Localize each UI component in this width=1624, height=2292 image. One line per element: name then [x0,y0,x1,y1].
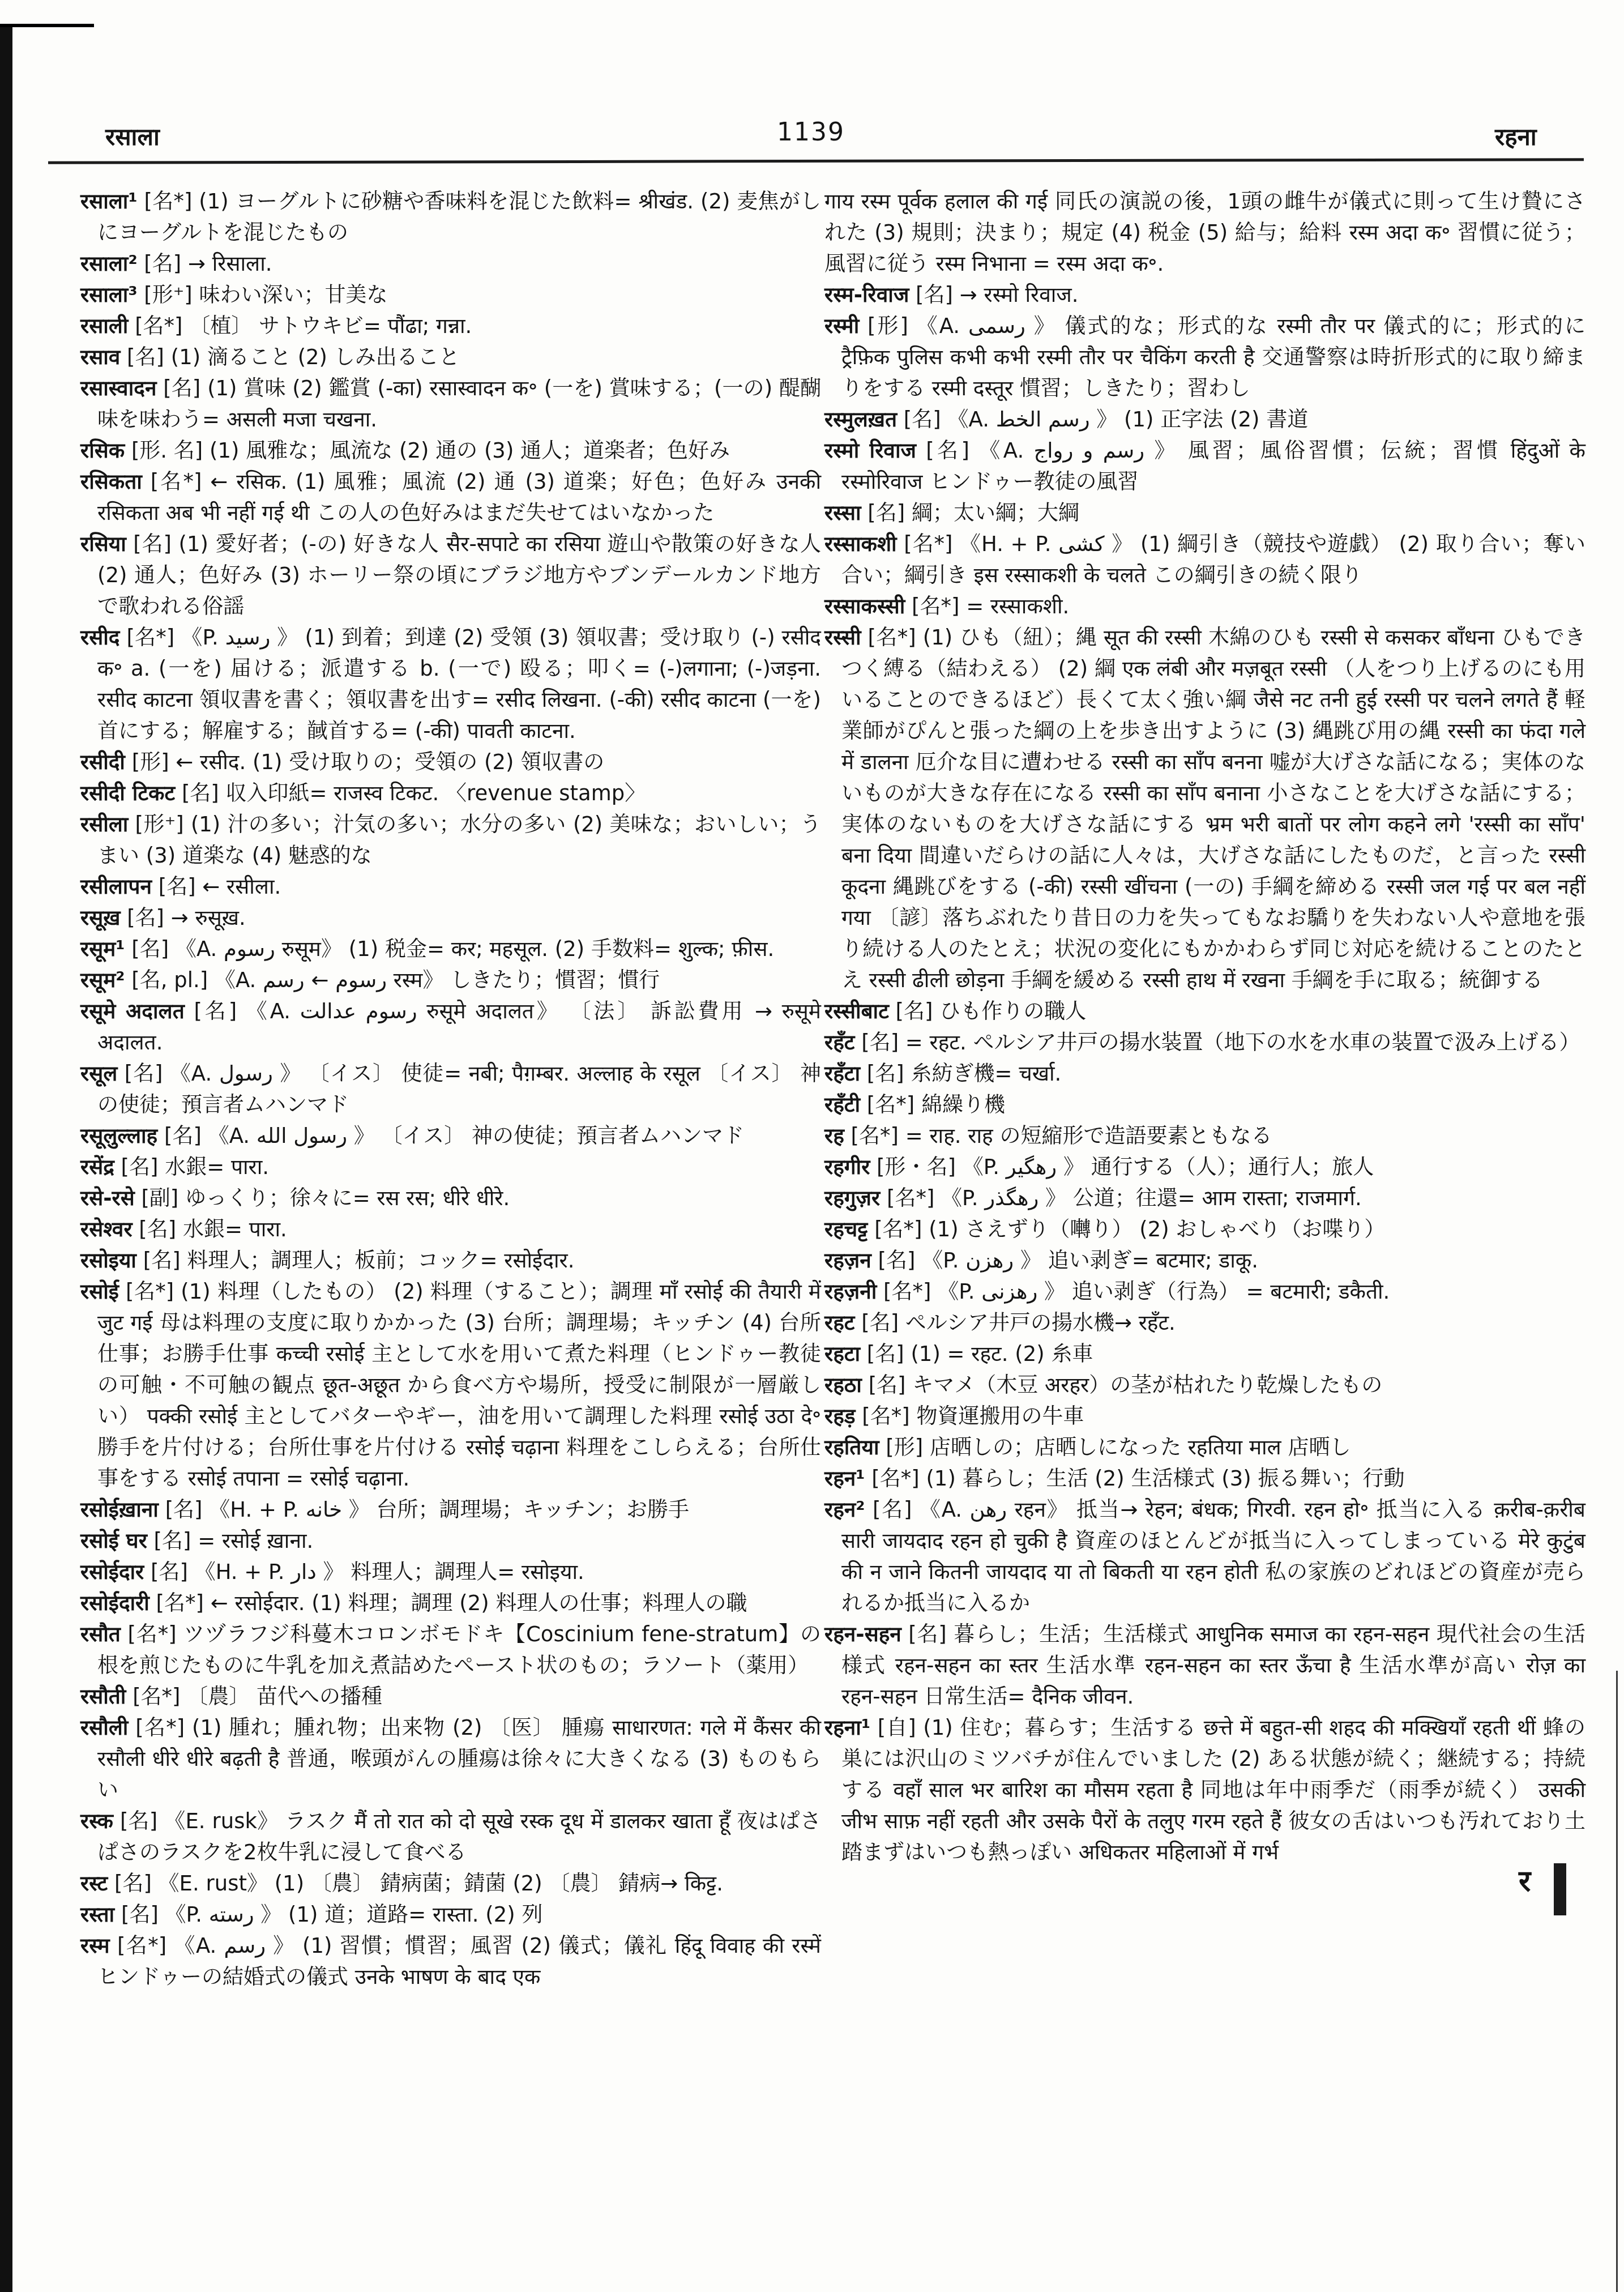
dictionary-entry: रसाला² [名] → रिसाला. [80,248,821,279]
headword: रहना¹ [824,1715,870,1740]
dictionary-entry: रहँटा [名] 糸紡ぎ機= चर्खा. [824,1058,1585,1089]
headword: रसौत [80,1622,121,1646]
headword: रसूल [80,1061,117,1086]
headword: रसाव [80,345,120,369]
dictionary-entry: रसूम¹ [名] 《A. رسوم रुसूम》 (1) 税金= कर; मह… [80,933,821,964]
headword: रस्क [80,1809,113,1833]
headword: रस्ता [80,1902,114,1927]
headword: रसूख़ [80,906,120,930]
headword: रसूम² [80,968,125,992]
headword: रसीलापन [80,874,152,899]
dictionary-entry: रस्साकस्सी [名*] = रस्साकशी. [824,591,1585,622]
dictionary-entry: रसोई [名*] (1) 料理（したもの） (2) 料理（すること）；調理 म… [80,1276,821,1494]
headword: रसाली [80,314,128,338]
dictionary-entry: रसीलापन [名] ← रसीला. [80,871,821,902]
headword: रहन¹ [824,1466,865,1491]
page-number: 1139 [777,118,845,147]
dictionary-entry: रसाला¹ [名*] (1) ヨーグルトに砂糖や香味料を混じた飲料= श्री… [80,186,821,248]
headword: रसे-रसे [80,1186,135,1210]
headword: रसौती [80,1684,126,1709]
headword: रसीदी [80,750,125,774]
dictionary-entry: रस्सी [名*] (1) ひも（紐）；縄 सूत की रस्सी 木綿のひ… [824,622,1585,996]
dictionary-entry: रसूम² [名, pl.] 《A. رسوم ← رسم रस्म》 しきたり… [80,964,821,996]
headword: रहड़ [824,1404,856,1428]
headword: रसोईदार [80,1560,144,1584]
headword: रस्ट [80,1871,108,1896]
dictionary-entry: रसौली [名*] (1) 腫れ；腫れ物；出来物 (2) 〔医〕 腫瘍 साध… [80,1712,821,1806]
headword: रस्म-रिवाज [824,283,909,307]
headword: रसोईख़ाना [80,1497,159,1522]
dictionary-entry: रसोईख़ाना [名] 《H. + P. خانه 》 台所；調理場；キッチ… [80,1494,821,1525]
headword: रसिक [80,438,125,463]
header-rule [48,158,1584,164]
dictionary-entry: रस्मो रिवाज [名] 《A. رسم و رواج 》 風習；風俗習慣… [824,435,1585,497]
dictionary-entry: रसाव [名] (1) 滴ること (2) しみ出ること [80,342,821,373]
dictionary-entry-continuation: गाय रस्म पूर्वक हलाल की गई 同氏の演説の後，1頭の雌牛… [824,186,1585,279]
headword: रसाला³ [80,283,138,307]
dictionary-entry: रहतिया [形] 店晒しの；店晒しになった रहतिया माल 店晒し [824,1432,1585,1463]
dictionary-entry: रहगीर [形・名] 《P. رهگير 》 通行する（人）；通行人；旅人 [824,1151,1585,1183]
dictionary-entry: रसाली [名*] 〔植〕 サトウキビ= पौंढा; गन्ना. [80,310,821,342]
dictionary-entry: रसोइया [名] 料理人；調理人；板前；コック= रसोईदार. [80,1245,821,1276]
headword: रसौली [80,1715,128,1740]
dictionary-entry: रसौत [名*] ツヅラフジ科蔓木コロンボモドキ【Coscinium fene… [80,1619,821,1681]
headword: रहठा [824,1373,862,1397]
dictionary-entry: रहज़न [名] 《P. رهزن 》 追い剥ぎ= बटमार; डाकू. [824,1245,1585,1276]
dictionary-entry: रसोईदारी [名*] ← रसोईदार. (1) 料理；調理 (2) 料… [80,1587,821,1619]
headword: रसूमे अदालत [80,999,185,1023]
headword: रसास्वादन [80,376,156,400]
dictionary-entry: रस्म [名*] 《A. رسم 》 (1) 習慣；慣習；風習 (2) 儀式；… [80,1930,821,1992]
dictionary-entry: रहन-सहन [名] 暮らし；生活；生活様式 आधुनिक समाज का र… [824,1619,1585,1712]
headword: रसीदी टिकट [80,781,175,805]
headword: रस्मी [824,314,859,338]
dictionary-entry: रह [名*] = राह. राह の短縮形で造語要素ともなる [824,1120,1585,1151]
headword: रसाला² [80,251,138,276]
dictionary-entry: रसाला³ [形⁺] 味わい深い；甘美な [80,279,821,310]
dictionary-entry: रसूमे अदालत [名] 《A. رسوم عدالت रुसूमे अद… [80,996,821,1058]
headword: रहँटा [824,1061,860,1086]
dictionary-page: रसाला 1139 रहना रसाला¹ [名*] (1) ヨーグルトに砂糖… [0,0,1624,2292]
dictionary-entry: रसूल [名] 《A. رسول 》 〔イス〕 使徒= नबी; पैग़म्… [80,1058,821,1120]
headword: रसूलुल्लाह [80,1124,157,1148]
headword: रसिकता [80,470,142,494]
scan-edge-artifact-top [0,24,94,27]
headword: रसीद [80,625,119,650]
headword: रहगीर [824,1155,870,1179]
headword: रहटा [824,1342,860,1366]
headword: रसीला [80,812,128,836]
headword: रस्मुलख़त [824,407,897,432]
headword: रहज़नी [824,1279,877,1304]
headword: रह [824,1124,844,1148]
dictionary-entry: रसिकता [名*] ← रसिक. (1) 風雅；風流 (2) 通 (3) … [80,466,821,528]
headword: रसोई घर [80,1529,147,1553]
headword: रस्साकस्सी [824,594,905,618]
headword: रस्सी [824,625,861,650]
headword: रसिया [80,532,126,556]
headword: रहन² [824,1497,865,1522]
dictionary-entry: रस्म-रिवाज [名] → रस्मो रिवाज. [824,279,1585,310]
dictionary-entry: रसीद [名*] 《P. رسيد 》 (1) 到着；到達 (2) 受領 (3… [80,622,821,746]
headword: रहँटी [824,1092,860,1117]
dictionary-entry: रहगुज़र [名*] 《P. رهگذر 》 公道；往還= आम रास्त… [824,1183,1585,1214]
dictionary-entry: रसौती [名*] 〔農〕 苗代への播種 [80,1681,821,1712]
dictionary-entry: रहन² [名] 《A. رهن रहन》 抵当→ रेहन; बंधक; गि… [824,1494,1585,1619]
headword: रसेश्वर [80,1217,133,1241]
dictionary-entry: रस्ता [名] 《P. رسته 》 (1) 道；道路= रास्ता. (… [80,1899,821,1930]
dictionary-entry: रहट [名] ペルシア井戸の揚水機→ रहँट. [824,1307,1585,1338]
header-left-headword: रसाला [105,120,160,152]
headword: रसोई [80,1279,119,1304]
scan-edge-artifact-right [1616,1671,1618,2292]
dictionary-entry: रसीदी टिकट [名] 収入印紙= राजस्व टिकट. 〈reven… [80,778,821,809]
headword: रहँट [824,1030,854,1055]
dictionary-entry: रहँटी [名*] 綿繰り機 [824,1089,1585,1120]
headword: रहचट्ट [824,1217,867,1241]
headword: रहट [824,1311,854,1335]
dictionary-entry: रस्साकशी [名*] 《H. + P. كشى 》 (1) 綱引き（競技や… [824,528,1585,591]
headword: रसेंद्र [80,1155,114,1179]
headword: रस्मो रिवाज [824,438,916,463]
dictionary-entry: रहँट [名] = रहट. ペルシア井戸の揚水装置（地下の水を水車の装置で汲… [824,1027,1585,1058]
dictionary-entry: रसेश्वर [名] 水銀= पारा. [80,1214,821,1245]
dictionary-entry: रहठा [名] キマメ（木豆 अरहर）の茎が枯れたり乾燥したもの [824,1369,1585,1401]
headword: रसाला¹ [80,189,138,214]
dictionary-entry: रसे-रसे [副] ゆっくり；徐々に= रस रस; धीरे धीरे. [80,1183,821,1214]
dictionary-entry: रसोई घर [名] = रसोई ख़ाना. [80,1525,821,1556]
headword: रसोईदारी [80,1591,149,1615]
dictionary-entry: रस्क [名] 《E. rusk》 ラスク मैं तो रात को दो … [80,1806,821,1868]
headword: रसूम¹ [80,937,125,961]
dictionary-entry: रहटा [名] (1) = रहट. (2) 糸車 [824,1338,1585,1369]
thumb-index-letter: र [1519,1860,1531,1900]
dictionary-entry: रसास्वादन [名] (1) 賞味 (2) 鑑賞 (-का) रसास्व… [80,373,821,435]
header-right-headword: रहना [1495,120,1537,152]
dictionary-entry: रसीदी [形] ← रसीद. (1) 受け取りの；受領の (2) 領収書の [80,746,821,778]
headword: रस्सीबाट [824,999,889,1023]
headword: रस्म [80,1934,110,1958]
dictionary-entry: रसेंद्र [名] 水銀= पारा. [80,1151,821,1183]
headword: रहतिया [824,1435,879,1459]
scan-edge-artifact-left [0,25,12,2292]
headword: रहगुज़र [824,1186,880,1210]
dictionary-entry: रसोईदार [名] 《H. + P. دار 》 料理人；調理人= रसोइ… [80,1556,821,1587]
dictionary-entry: रहड़ [名*] 物資運搬用の牛車 [824,1401,1585,1432]
dictionary-entry: रहज़नी [名*] 《P. رهزنى 》 追い剥ぎ（行為） = बटमार… [824,1276,1585,1307]
dictionary-entry: रसीला [形⁺] (1) 汁の多い；汁気の多い；水分の多い (2) 美味な；… [80,809,821,871]
thumb-index-block [1554,1863,1566,1915]
headword: रहज़न [824,1248,871,1273]
headword: रस्साकशी [824,532,897,556]
dictionary-entry: रस्मुलख़त [名] 《A. رسم الخط 》 (1) 正字法 (2)… [824,404,1585,435]
dictionary-entry: रसिक [形. 名] (1) 風雅な；風流な (2) 通の (3) 通人；道楽… [80,435,821,466]
left-column: रसाला¹ [名*] (1) ヨーグルトに砂糖や香味料を混じた飲料= श्री… [80,186,821,1992]
dictionary-entry: रहन¹ [名*] (1) 暮らし；生活 (2) 生活様式 (3) 振る舞い；行… [824,1463,1585,1494]
dictionary-entry: रस्ट [名] 《E. rust》 (1) 〔農〕 錆病菌；錆菌 (2) 〔農… [80,1868,821,1899]
dictionary-entry: रहचट्ट [名*] (1) さえずり（囀り） (2) おしゃべり（お喋り） [824,1214,1585,1245]
dictionary-entry: रसूलुल्लाह [名] 《A. رسول الله 》 〔イス〕 神の使徒… [80,1120,821,1151]
dictionary-entry: रस्मी [形] 《A. رسمى 》 儀式的な；形式的な रस्मी तौर… [824,310,1585,404]
dictionary-entry: रस्सीबाट [名] ひも作りの職人 [824,996,1585,1027]
headword: रस्सा [824,501,861,525]
dictionary-entry: रहना¹ [自] (1) 住む；暮らす；生活する छत्ते में बहुत… [824,1712,1585,1868]
headword: रसोइया [80,1248,136,1273]
right-column: गाय रस्म पूर्वक हलाल की गई 同氏の演説の後，1頭の雌牛… [824,186,1585,1868]
dictionary-entry: रस्सा [名] 綱；太い綱；大綱 [824,497,1585,528]
dictionary-entry: रसूख़ [名] → रुसूख़. [80,902,821,933]
dictionary-entry: रसिया [名] (1) 愛好者；(-の) 好きな人 सैर-सपाटे का… [80,528,821,622]
headword: रहन-सहन [824,1622,901,1646]
